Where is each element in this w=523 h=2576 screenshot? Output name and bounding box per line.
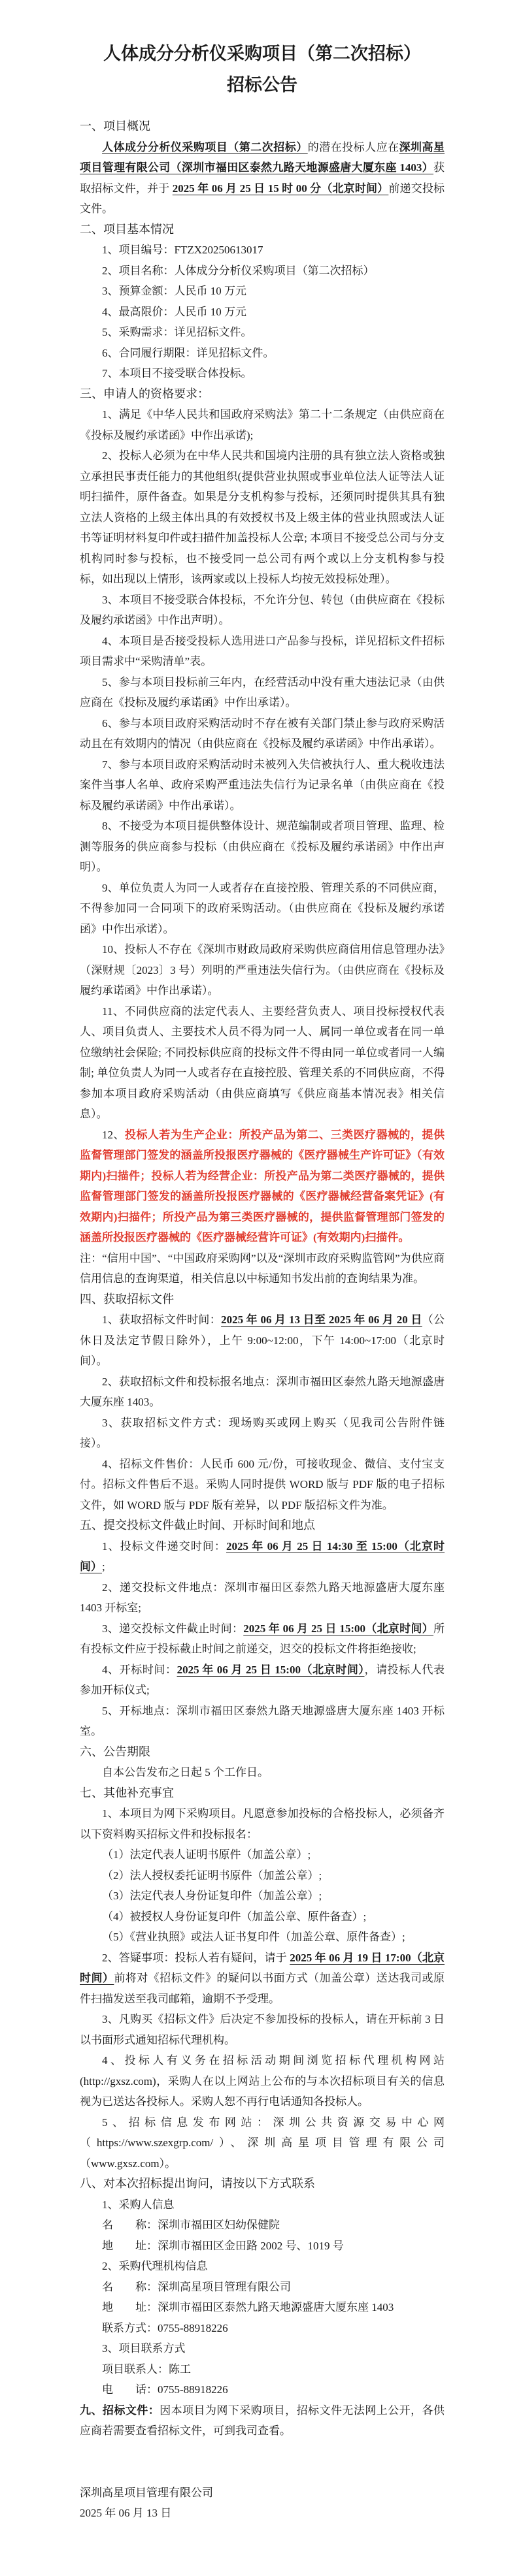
doc-paragraph: 5、采购需求：详见招标文件。	[80, 322, 445, 343]
text-run: 2、投标人必须为在中华人民共和国境内注册的具有独立法人资格或独立承担民事责任能力…	[80, 449, 445, 585]
doc-paragraph: 3、本项目不接受联合体投标，不允许分包、转包（由供应商在《投标及履约承诺函》中作…	[80, 590, 445, 631]
text-run: 的潜在投标人应在	[308, 141, 399, 153]
doc-paragraph: 5、开标地点：深圳市福田区泰然九路天地源盛唐大厦东座 1403 开标室。	[80, 1701, 445, 1742]
text-run: 2、项目名称：人体成分分析仪采购项目（第二次招标）	[102, 265, 375, 277]
text-run: 3、获取招标文件方式：现场购买或网上购买（见我司公告附件链接）。	[80, 1417, 445, 1450]
text-run: 八、对本次招标提出询问，请按以下方式联系	[80, 2177, 315, 2190]
doc-paragraph: 地 址：深圳市福田区泰然九路天地源盛唐大厦东座 1403	[80, 2297, 445, 2318]
text-run: 2025 年 06 月 13 日至 2025 年 06 月 20 日	[221, 1313, 422, 1326]
text-run: 2、采购代理机构信息	[102, 2260, 208, 2272]
text-run: 9、单位负责人为同一人或者存在直接控股、管理关系的不同供应商，不得参加同一合同项…	[80, 882, 445, 935]
text-run: 名 称：深圳市福田区妇幼保健院	[102, 2219, 280, 2231]
text-run: 4、招标文件售价：人民币 600 元/份，可接收现金、微信、支付宝支付。招标文件…	[80, 1458, 445, 1511]
doc-paragraph: 12、投标人若为生产企业：所投产品为第二、三类医疗器械的，提供监督管理部门签发的…	[80, 1125, 445, 1248]
doc-paragraph: 3、获取招标文件方式：现场购买或网上购买（见我司公告附件链接）。	[80, 1413, 445, 1454]
text-run: 8、不接受为本项目提供整体设计、规范编制或者项目管理、监理、检测等服务的供应商参…	[80, 820, 445, 873]
doc-paragraph: 名 称：深圳市福田区妇幼保健院	[80, 2215, 445, 2236]
text-run: 1、项目编号：FTZX20250613017	[102, 244, 263, 256]
title-line-2: 招标公告	[80, 69, 445, 101]
text-run: 1、投标文件递交时间：	[102, 1540, 226, 1553]
text-run: 4、本项目是否接受投标人选用进口产品参与投标，详见招标文件招标项目需求中“采购清…	[80, 635, 445, 668]
text-run: 一、项目概况	[80, 120, 150, 133]
text-run: ;	[102, 1560, 105, 1573]
doc-paragraph: 自本公告发布之日起 5 个工作日。	[80, 1762, 445, 1783]
section-heading: 四、获取招标文件	[80, 1289, 445, 1310]
doc-paragraph: 电 话：0755-88918226	[80, 2379, 445, 2400]
text-run: 四、获取招标文件	[80, 1293, 174, 1306]
issue-date: 2025 年 06 月 13 日	[80, 2503, 445, 2524]
tender-announcement-document: 人体成分分析仪采购项目（第二次招标） 招标公告 一、项目概况人体成分分析仪采购项…	[0, 0, 523, 2576]
doc-paragraph: 7、参与本项目政府采购活动时未被列入失信被执行人、重大税收违法案件当事人名单、政…	[80, 754, 445, 816]
text-run: （4）被授权人身份证复印件（加盖公章、原件备查）;	[102, 1910, 366, 1923]
document-body: 一、项目概况人体成分分析仪采购项目（第二次招标）的潜在投标人应在深圳高星项目管理…	[80, 116, 445, 2441]
doc-paragraph: 4、开标时间：2025 年 06 月 25 日 15:00（北京时间），请投标人…	[80, 1660, 445, 1701]
text-run: 6、合同履行期限：详见招标文件。	[102, 347, 275, 359]
text-run: 3、递交投标文件截止时间：	[102, 1622, 243, 1635]
text-run: 三、申请人的资格要求：	[80, 387, 209, 400]
text-run: 4、开标时间：	[102, 1664, 177, 1676]
text-run: 2、递交投标文件地点：深圳市福田区泰然九路天地源盛唐大厦东座 1403 开标室;	[80, 1581, 445, 1615]
text-run: 项目联系人：陈工	[102, 2363, 191, 2375]
doc-paragraph: （1）法定代表人证明书原件（加盖公章）;	[80, 1844, 445, 1865]
issuer-company-name: 深圳高星项目管理有限公司	[80, 2483, 445, 2504]
text-run: 3、本项目不接受联合体投标，不允许分包、转包（由供应商在《投标及履约承诺函》中作…	[80, 594, 445, 627]
text-run: （5）《营业执照》或法人证书复印件（加盖公章、原件备查）;	[102, 1931, 405, 1943]
text-run: 二、项目基本情况	[80, 223, 174, 236]
text-run: 地 址：深圳市福田区金田路 2002 号、1019 号	[102, 2240, 344, 2252]
text-run: 5、招标信息发布网站：深圳公共资源交易中心网（https://www.szexg…	[80, 2116, 445, 2170]
text-run: 2、获取招标文件和投标报名地点：深圳市福田区泰然九路天地源盛唐大厦东座 1403…	[80, 1376, 445, 1409]
text-run: 3、项目联系方式	[102, 2342, 186, 2355]
doc-paragraph: 3、预算金额：人民币 10 万元	[80, 281, 445, 302]
doc-paragraph: 2、项目名称：人体成分分析仪采购项目（第二次招标）	[80, 261, 445, 282]
section-heading: 二、项目基本情况	[80, 219, 445, 240]
doc-paragraph: 1、项目编号：FTZX20250613017	[80, 240, 445, 261]
doc-paragraph: 3、凡购买《招标文件》后决定不参加投标的投标人，请在开标前 3 日以书面形式通知…	[80, 2009, 445, 2050]
section-heading: 三、申请人的资格要求：	[80, 384, 445, 405]
doc-paragraph: 人体成分分析仪采购项目（第二次招标）的潜在投标人应在深圳高星项目管理有限公司（深…	[80, 137, 445, 219]
text-run: 5、参与本项目投标前三年内，在经营活动中没有重大违法记录（由供应商在《投标及履约…	[80, 676, 445, 709]
text-run: 7、参与本项目政府采购活动时未被列入失信被执行人、重大税收违法案件当事人名单、政…	[80, 758, 445, 812]
text-run: 2025 年 06 月 25 日 15 时 00 分（北京时间）	[173, 182, 389, 195]
section-heading: 七、其他补充事宜	[80, 1783, 445, 1804]
doc-paragraph: 4、本项目是否接受投标人选用进口产品参与投标，详见招标文件招标项目需求中“采购清…	[80, 631, 445, 672]
text-run: 2025 年 06 月 25 日 15:00（北京时间）	[243, 1622, 433, 1635]
doc-paragraph: 名 称：深圳高星项目管理有限公司	[80, 2277, 445, 2298]
doc-paragraph: 4、投标人有义务在招标活动期间浏览招标代理机构网站(http://gxsz.co…	[80, 2050, 445, 2112]
doc-paragraph: 注：“信用中国”、“中国政府采购网”以及“深圳市政府采购监管网”为供应商信用信息…	[80, 1248, 445, 1289]
text-run: 7、本项目不接受联合体投标。	[102, 367, 252, 379]
doc-paragraph: （5）《营业执照》或法人证书复印件（加盖公章、原件备查）;	[80, 1927, 445, 1948]
text-run: 六、公告期限	[80, 1745, 150, 1758]
text-run: 4、最高限价：人民币 10 万元	[102, 306, 246, 318]
text-run: 2025 年 06 月 25 日 15:00（北京时间）	[177, 1664, 365, 1676]
doc-paragraph: 7、本项目不接受联合体投标。	[80, 363, 445, 384]
doc-paragraph: （3）法定代表人身份证复印件（加盖公章）;	[80, 1886, 445, 1907]
text-run: 1、获取招标文件时间：	[102, 1313, 221, 1326]
document-title: 人体成分分析仪采购项目（第二次招标） 招标公告	[80, 38, 445, 101]
text-run: 自本公告发布之日起 5 个工作日。	[102, 1766, 269, 1779]
doc-paragraph: 地 址：深圳市福田区金田路 2002 号、1019 号	[80, 2236, 445, 2257]
text-run: 3、预算金额：人民币 10 万元	[102, 285, 246, 297]
doc-paragraph: 10、投标人不存在《深圳市财政局政府采购供应商信用信息管理办法》（深财规〔202…	[80, 939, 445, 1001]
section-heading: 六、公告期限	[80, 1742, 445, 1763]
doc-paragraph: 4、最高限价：人民币 10 万元	[80, 302, 445, 323]
doc-paragraph: 1、满足《中华人民共和国政府采购法》第二十二条规定（由供应商在《投标及履约承诺函…	[80, 404, 445, 445]
doc-paragraph: 2、投标人必须为在中华人民共和国境内注册的具有独立法人资格或独立承担民事责任能力…	[80, 445, 445, 590]
doc-paragraph: 11、不同供应商的法定代表人、主要经营负责人、项目投标授权代表人、项目负责人、主…	[80, 1001, 445, 1125]
doc-paragraph: 8、不接受为本项目提供整体设计、规范编制或者项目管理、监理、检测等服务的供应商参…	[80, 816, 445, 878]
doc-paragraph: （4）被授权人身份证复印件（加盖公章、原件备查）;	[80, 1907, 445, 1927]
text-run: （3）法定代表人身份证复印件（加盖公章）;	[102, 1890, 322, 1902]
text-run: 前将对《招标文件》的疑问以书面方式（加盖公章）送达我司或原件扫描发送至我司邮箱，…	[80, 1972, 445, 2005]
text-run: 5、开标地点：深圳市福田区泰然九路天地源盛唐大厦东座 1403 开标室。	[80, 1705, 445, 1738]
title-line-1: 人体成分分析仪采购项目（第二次招标）	[80, 38, 445, 69]
text-run: 12、	[102, 1129, 125, 1141]
section-heading: 一、项目概况	[80, 116, 445, 137]
text-run: 2、答疑事项：投标人若有疑问，请于	[102, 1952, 290, 1964]
doc-paragraph: 5、招标信息发布网站：深圳公共资源交易中心网（https://www.szexg…	[80, 2112, 445, 2174]
text-run: 10、投标人不存在《深圳市财政局政府采购供应商信用信息管理办法》（深财规〔202…	[80, 943, 445, 997]
text-run: 11、不同供应商的法定代表人、主要经营负责人、项目投标授权代表人、项目负责人、主…	[80, 1005, 445, 1121]
text-run: 投标人若为生产企业：所投产品为第二、三类医疗器械的，提供监督管理部门签发的涵盖所…	[80, 1129, 445, 1244]
doc-paragraph: 1、采购人信息	[80, 2195, 445, 2215]
text-run: 1、采购人信息	[102, 2198, 175, 2211]
text-run: 3、凡购买《招标文件》后决定不参加投标的投标人，请在开标前 3 日以书面形式通知…	[80, 2013, 445, 2046]
text-run: 名 称：深圳高星项目管理有限公司	[102, 2281, 291, 2293]
section-heading: 八、对本次招标提出询问，请按以下方式联系	[80, 2174, 445, 2195]
text-run: 七、其他补充事宜	[80, 1786, 174, 1799]
doc-paragraph: 九、招标文件：因本项目为网下采购项目，招标文件无法网上公开，各供应商若需要查看招…	[80, 2400, 445, 2441]
text-run: 五、提交投标文件截止时间、开标时间和地点	[80, 1519, 315, 1532]
doc-paragraph: 6、合同履行期限：详见招标文件。	[80, 343, 445, 364]
section-heading: 五、提交投标文件截止时间、开标时间和地点	[80, 1515, 445, 1536]
text-run: 4、投标人有义务在招标活动期间浏览招标代理机构网站(http://gxsz.co…	[80, 2054, 445, 2108]
doc-paragraph: 4、招标文件售价：人民币 600 元/份，可接收现金、微信、支付宝支付。招标文件…	[80, 1454, 445, 1516]
text-run: 5、采购需求：详见招标文件。	[102, 326, 252, 338]
doc-paragraph: 1、获取招标文件时间：2025 年 06 月 13 日至 2025 年 06 月…	[80, 1310, 445, 1372]
text-run: 电 话：0755-88918226	[102, 2383, 228, 2396]
doc-paragraph: 2、采购代理机构信息	[80, 2256, 445, 2277]
text-run: （2）法人授权委托证明书原件（加盖公章）;	[102, 1869, 322, 1882]
text-run: 人体成分分析仪采购项目（第二次招标）	[102, 141, 308, 153]
doc-paragraph: 3、递交投标文件截止时间：2025 年 06 月 25 日 15:00（北京时间…	[80, 1618, 445, 1660]
doc-paragraph: 2、获取招标文件和投标报名地点：深圳市福田区泰然九路天地源盛唐大厦东座 1403…	[80, 1372, 445, 1413]
doc-paragraph: 联系方式：0755-88918226	[80, 2318, 445, 2339]
text-run: 1、满足《中华人民共和国政府采购法》第二十二条规定（由供应商在《投标及履约承诺函…	[80, 408, 445, 442]
doc-paragraph: 6、参与本项目政府采购活动时不存在被有关部门禁止参与政府采购活动且在有效期内的情…	[80, 713, 445, 754]
text-run: 6、参与本项目政府采购活动时不存在被有关部门禁止参与政府采购活动且在有效期内的情…	[80, 717, 445, 750]
doc-paragraph: 2、递交投标文件地点：深圳市福田区泰然九路天地源盛唐大厦东座 1403 开标室;	[80, 1577, 445, 1618]
doc-paragraph: 9、单位负责人为同一人或者存在直接控股、管理关系的不同供应商，不得参加同一合同项…	[80, 878, 445, 940]
text-run: 九、招标文件：	[80, 2404, 160, 2417]
text-run: （1）法定代表人证明书原件（加盖公章）;	[102, 1848, 311, 1861]
doc-paragraph: （2）法人授权委托证明书原件（加盖公章）;	[80, 1865, 445, 1886]
doc-paragraph: 3、项目联系方式	[80, 2338, 445, 2359]
text-run: 1、本项目为网下采购项目。凡愿意参加投标的合格投标人，必须备齐以下资料购买招标文…	[80, 1807, 445, 1841]
doc-paragraph: 2、答疑事项：投标人若有疑问，请于 2025 年 06 月 19 日 17:00…	[80, 1948, 445, 2010]
text-run: 地 址：深圳市福田区泰然九路天地源盛唐大厦东座 1403	[102, 2301, 394, 2313]
text-run: 联系方式：0755-88918226	[102, 2322, 228, 2334]
doc-paragraph: 5、参与本项目投标前三年内，在经营活动中没有重大违法记录（由供应商在《投标及履约…	[80, 672, 445, 713]
doc-paragraph: 1、投标文件递交时间：2025 年 06 月 25 日 14:30 至 15:0…	[80, 1536, 445, 1577]
doc-paragraph: 项目联系人：陈工	[80, 2359, 445, 2380]
document-footer: 深圳高星项目管理有限公司 2025 年 06 月 13 日	[80, 2483, 445, 2524]
doc-paragraph: 1、本项目为网下采购项目。凡愿意参加投标的合格投标人，必须备齐以下资料购买招标文…	[80, 1803, 445, 1844]
text-run: 注：“信用中国”、“中国政府采购网”以及“深圳市政府采购监管网”为供应商信用信息…	[80, 1252, 445, 1285]
